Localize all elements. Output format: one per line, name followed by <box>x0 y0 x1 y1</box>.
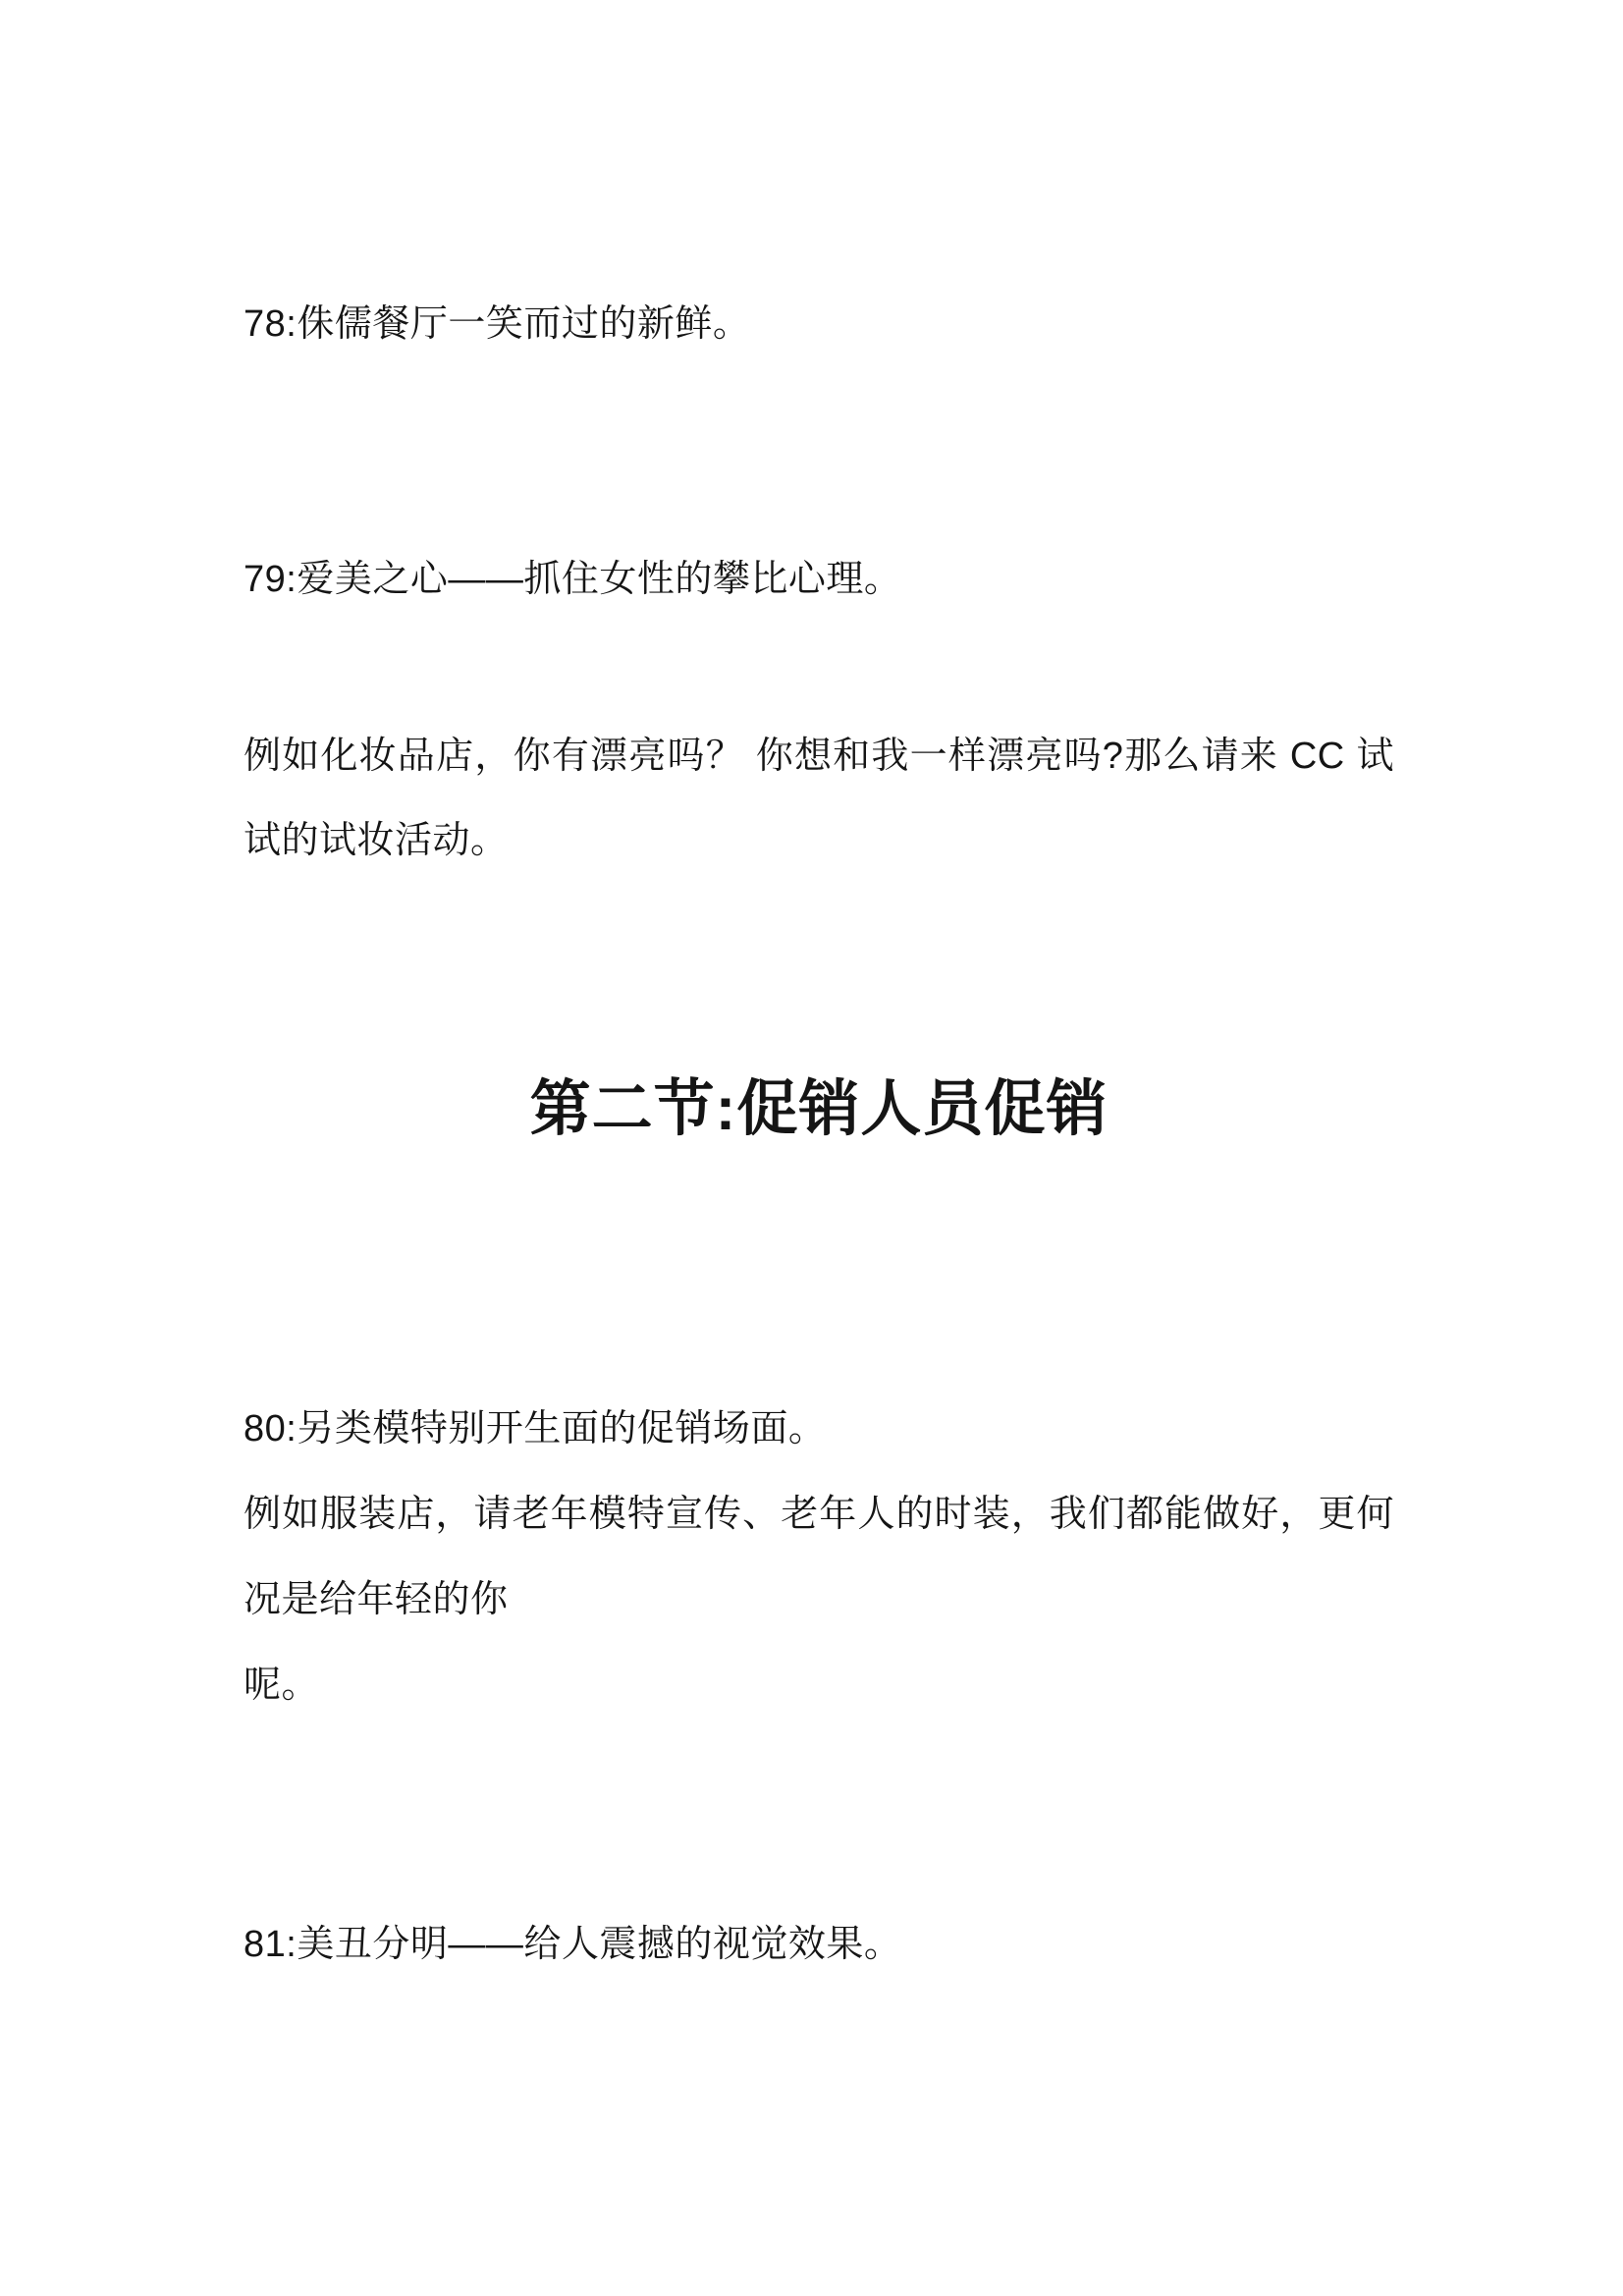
numbered-item-78: 78:侏儒餐厅一笑而过的新鲜。 <box>243 281 1394 367</box>
paragraph-79-example-line-2: 试的试妆活动。 <box>243 797 1394 884</box>
paragraph-79-example-line-1: 例如化妆品店，你有漂亮吗？ 你想和我一样漂亮吗?那么请来 CC 试 <box>243 713 1394 799</box>
document-page: 78:侏儒餐厅一笑而过的新鲜。 79:爱美之心——抓住女性的攀比心理。 例如化妆… <box>0 0 1623 2296</box>
numbered-item-81: 81:美丑分明——给人震撼的视觉效果。 <box>243 1901 1394 1988</box>
numbered-item-80: 80:另类模特别开生面的促销场面。 <box>243 1386 1394 1472</box>
paragraph-80-example-line-1: 例如服装店，请老年模特宣传、老年人的时装，我们都能做好，更何 <box>243 1471 1394 1558</box>
paragraph-80-example-line-3: 呢。 <box>243 1642 1394 1728</box>
paragraph-80-example-line-2: 况是给年轻的你 <box>243 1557 1394 1643</box>
section-heading: 第二节:促销人员促销 <box>243 1059 1394 1161</box>
numbered-item-79: 79:爱美之心——抓住女性的攀比心理。 <box>243 536 1394 623</box>
